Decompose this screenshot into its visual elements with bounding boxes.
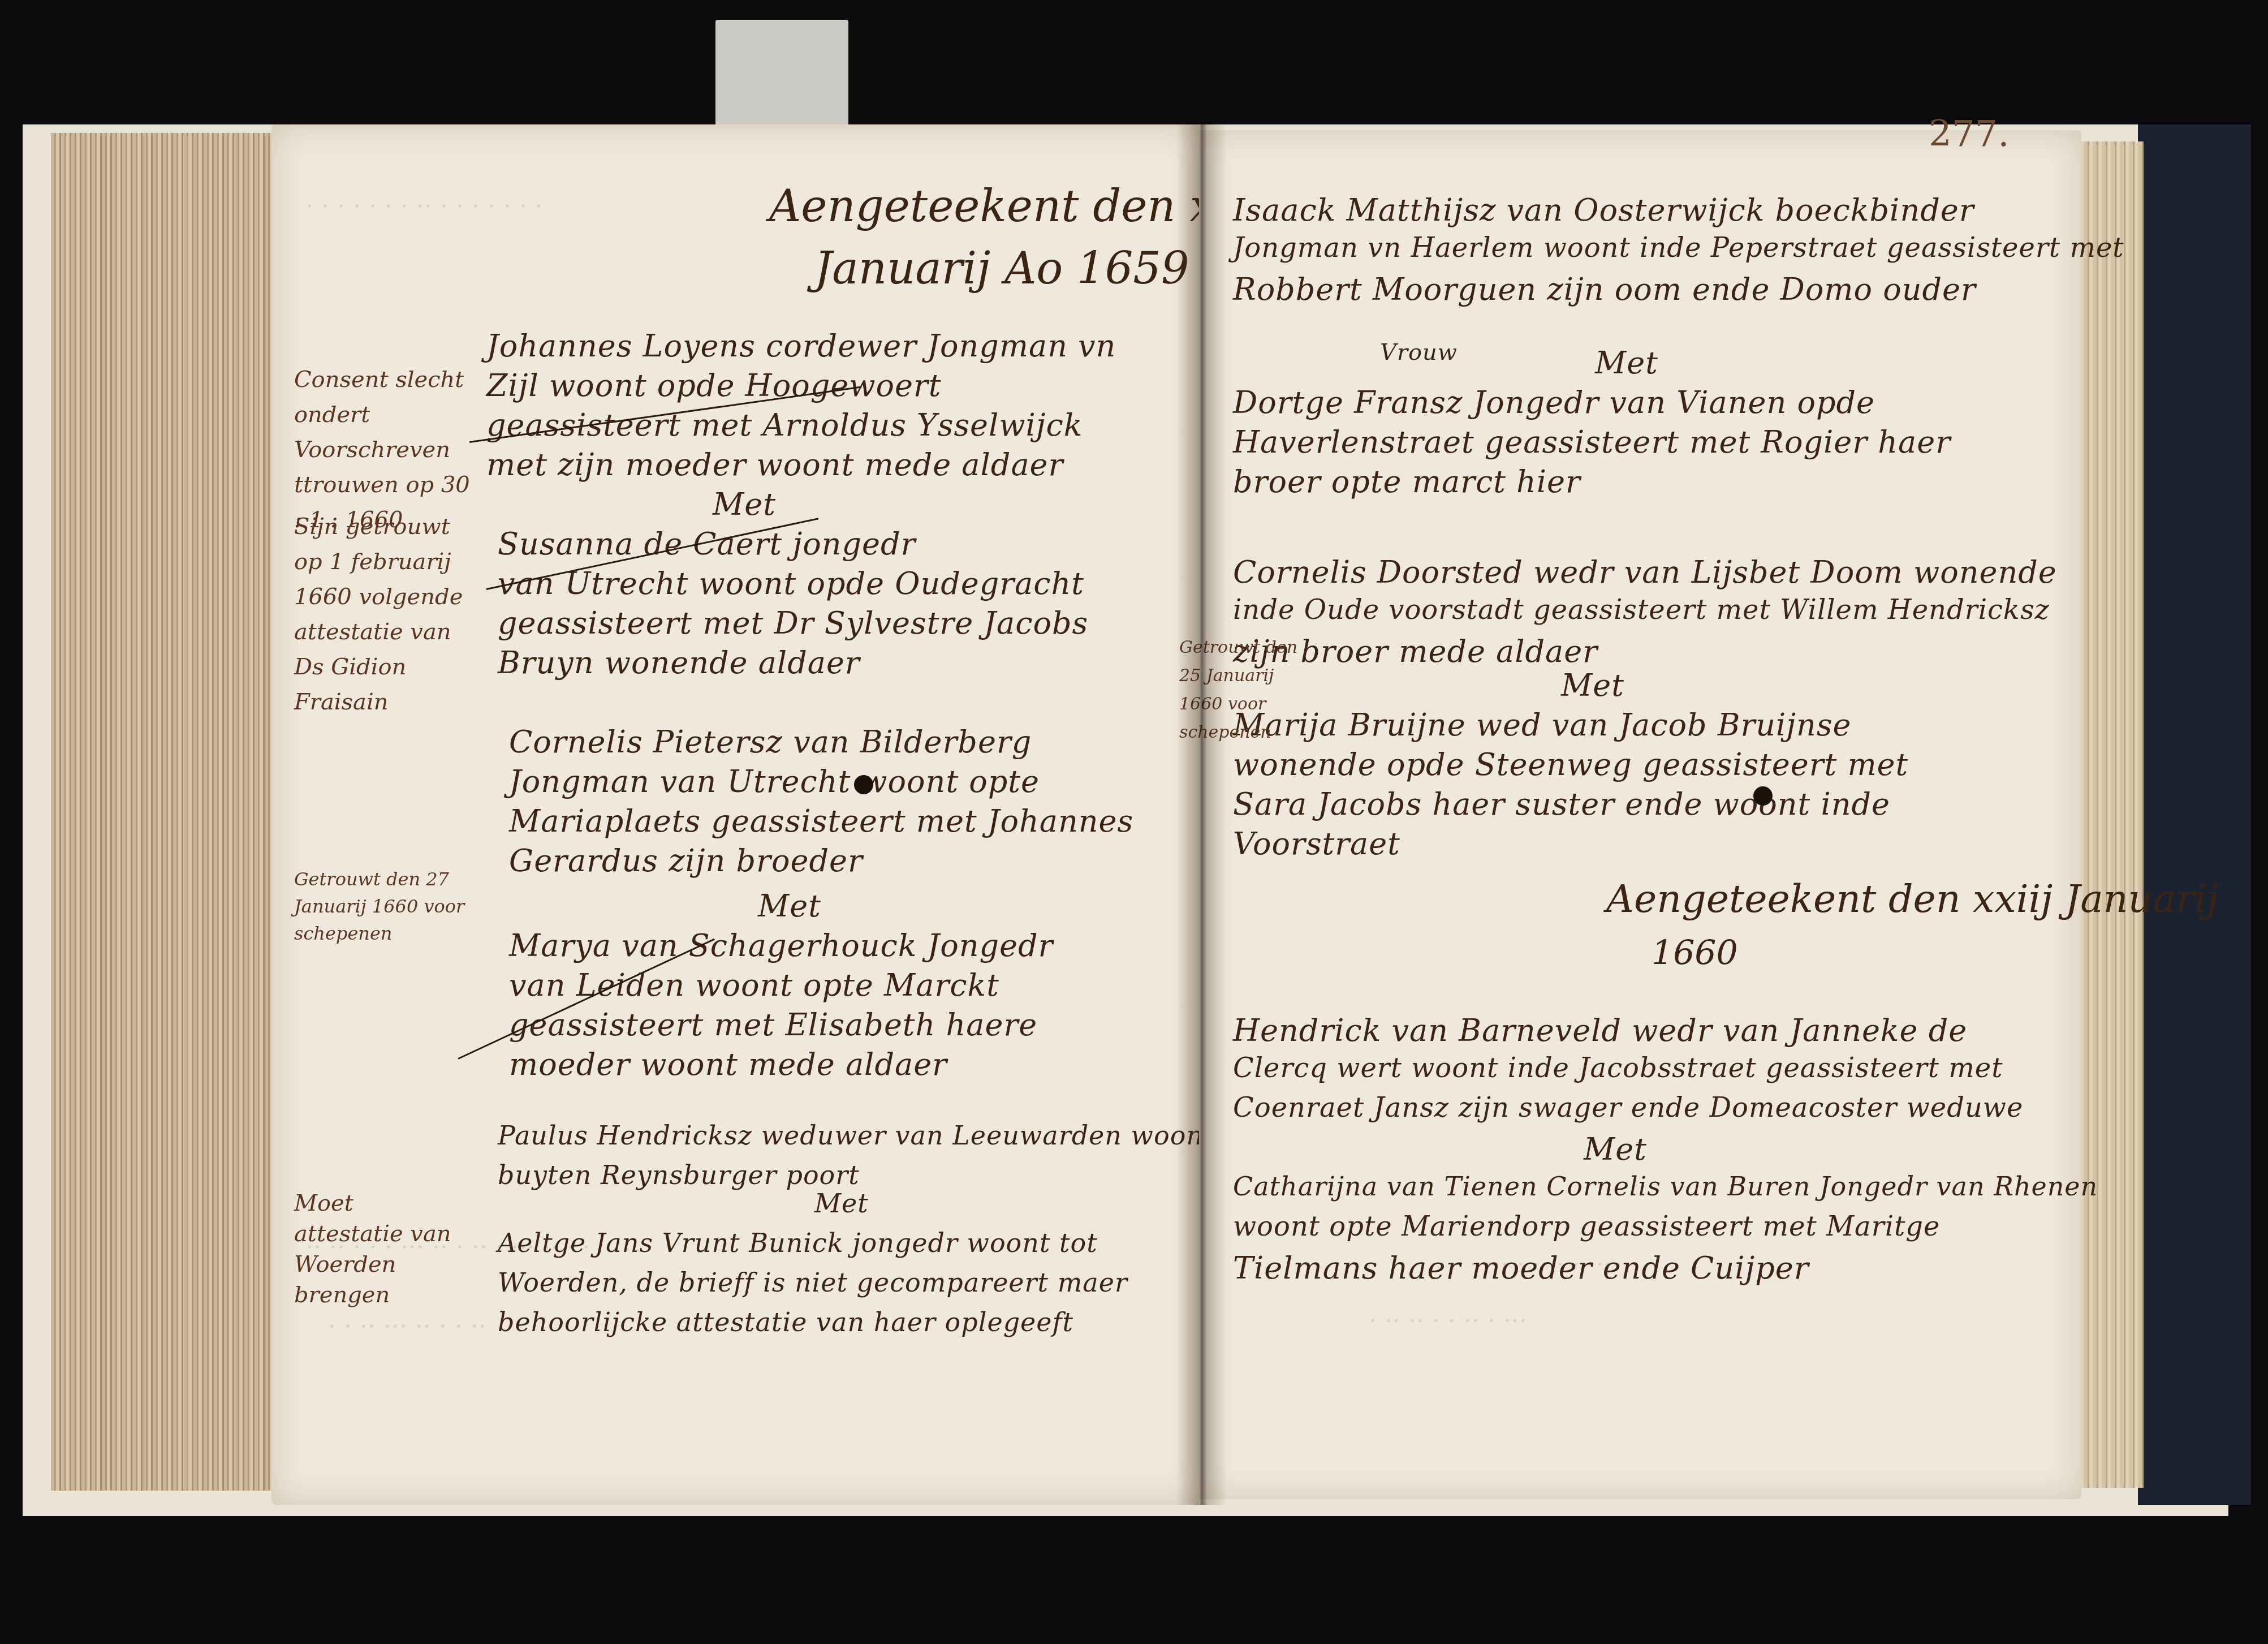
r-entry-2-met: Met [1561, 668, 1624, 703]
archive-tab-marker [715, 20, 848, 130]
r-entry-1-bride-1: Dortge Fransz Jongedr van Vianen opde [1233, 385, 1875, 420]
r-entry-1-bride-2: Haverlenstraet geassisteert met Rogier h… [1233, 424, 1951, 460]
entry-3-bride-2: Woerden, de brieff is niet gecompareert … [498, 1267, 1128, 1298]
entry-2-line-4: Gerardus zijn broeder [509, 843, 863, 879]
entry-2-bride-3: geassisteert met Elisabeth haere [509, 1007, 1037, 1043]
r-entry-2-bride-3: Sara Jacobs haer suster ende woont inde [1233, 786, 1890, 822]
r-entry-2-bride-2: wonende opde Steenweg geassisteert met [1233, 747, 1908, 782]
r-entry-3-met: Met [1584, 1131, 1647, 1167]
entry-3-bride-1: Aeltge Jans Vrunt Bunick jongedr woont t… [498, 1228, 1098, 1258]
ink-blot [1753, 786, 1773, 806]
r-entry-1-line-2: Jongman vn Haerlem woont inde Peperstrae… [1233, 232, 2124, 264]
entry-3-line-1: Paulus Hendricksz weduwer van Leeuwarden… [498, 1120, 1214, 1151]
entry-2-line-3: Mariaplaets geassisteert met Johannes [509, 803, 1133, 839]
margin-note-married: Sijn getrouwt op 1 februarij 1660 volgen… [294, 509, 481, 720]
entry-1-line-1: Johannes Loyens cordewer Jongman vn [486, 328, 1116, 364]
r-entry-3-line-3: Coenraet Jansz zijn swager ende Domeacos… [1233, 1092, 2023, 1124]
margin-note-schepenen: Getrouwt den 27 Januarij 1660 voor schep… [294, 866, 481, 947]
folio-number: 277. [1929, 113, 2010, 155]
left-page: · · · · · · · ·· · · · · · · · ·· ·· · ·… [271, 124, 1199, 1505]
entry-1-bride-1: Susanna de Caert jongedr [498, 526, 916, 562]
cover-board-right [2138, 124, 2251, 1505]
r-entry-1-line-1: Isaack Matthijsz van Oosterwijck boeckbi… [1233, 192, 1974, 228]
ink-blot [854, 775, 873, 794]
entry-1-bride-2: van Utrecht woont opde Oudegracht [498, 566, 1084, 601]
r-entry-3-bride-2: woont opte Mariendorp geassisteert met M… [1233, 1211, 1940, 1242]
r-entry-1-met: Met [1595, 345, 1658, 381]
entry-3-met: Met [814, 1188, 869, 1219]
right-page: · ·· · · ··· · ·· · ·· ··· · ·· ·· · · ·… [1199, 130, 2081, 1499]
entry-1-met: Met [713, 487, 776, 522]
r-entry-1-vrouw: Vrouw [1380, 339, 1458, 365]
entry-2-bride-1: Marya van Schagerhouck Jongedr [509, 928, 1053, 963]
r-entry-2-bride-4: Voorstraet [1233, 826, 1400, 862]
r-entry-1-bride-3: broer opte marct hier [1233, 464, 1581, 500]
entry-2-line-2: Jongman van Utrecht woont opte [509, 764, 1040, 799]
left-heading-line-2: Januarij Ao 1659 [814, 243, 1189, 294]
entry-1-bride-3: geassisteert met Dr Sylvestre Jacobs [498, 605, 1088, 641]
r-entry-3-line-2: Clercq wert woont inde Jacobsstraet geas… [1233, 1052, 2003, 1084]
entry-2-bride-2: van Leiden woont opte Marckt [509, 967, 999, 1003]
page-edges-left [51, 133, 300, 1491]
r-entry-3-line-1: Hendrick van Barneveld wedr van Janneke … [1233, 1013, 1967, 1048]
entry-1-line-2: Zijl woont opde Hoogewoert [486, 368, 941, 403]
r-heading-line-2: 1660 [1652, 933, 1738, 973]
r-entry-3-bride-1: Catharijna van Tienen Cornelis van Buren… [1233, 1171, 2098, 1202]
r-entry-1-line-3: Robbert Moorguen zijn oom ende Domo oude… [1233, 272, 1976, 307]
entry-1-line-3: geassisteert met Arnoldus Ysselwijck [486, 407, 1083, 443]
r-entry-3-bride-3: Tielmans haer moeder ende Cuijper [1233, 1250, 1809, 1286]
r-entry-2-line-2: inde Oude voorstadt geassisteert met Wil… [1233, 594, 2050, 626]
margin-note-attestatie: Moet attestatie van Woerden brengen [294, 1188, 464, 1310]
entry-3-line-2: buyten Reynsburger poort [498, 1160, 860, 1190]
r-entry-2-bride-1: Marija Bruijne wed van Jacob Bruijnse [1233, 707, 1851, 743]
entry-2-met: Met [758, 888, 821, 924]
r-heading-line-1: Aengeteekent den xxiij Januarij [1606, 877, 2218, 922]
entry-2-line-1: Cornelis Pietersz van Bilderberg [509, 724, 1032, 760]
entry-1-bride-4: Bruyn wonende aldaer [498, 645, 860, 681]
entry-3-bride-3: behoorlijcke attestatie van haer oplegee… [498, 1307, 1073, 1337]
entry-2-bride-4: moeder woont mede aldaer [509, 1047, 947, 1082]
book-gutter [1176, 124, 1227, 1505]
entry-1-line-4: met zijn moeder woont mede aldaer [486, 447, 1063, 483]
r-entry-2-line-1: Cornelis Doorsted wedr van Lijsbet Doom … [1233, 554, 2057, 590]
